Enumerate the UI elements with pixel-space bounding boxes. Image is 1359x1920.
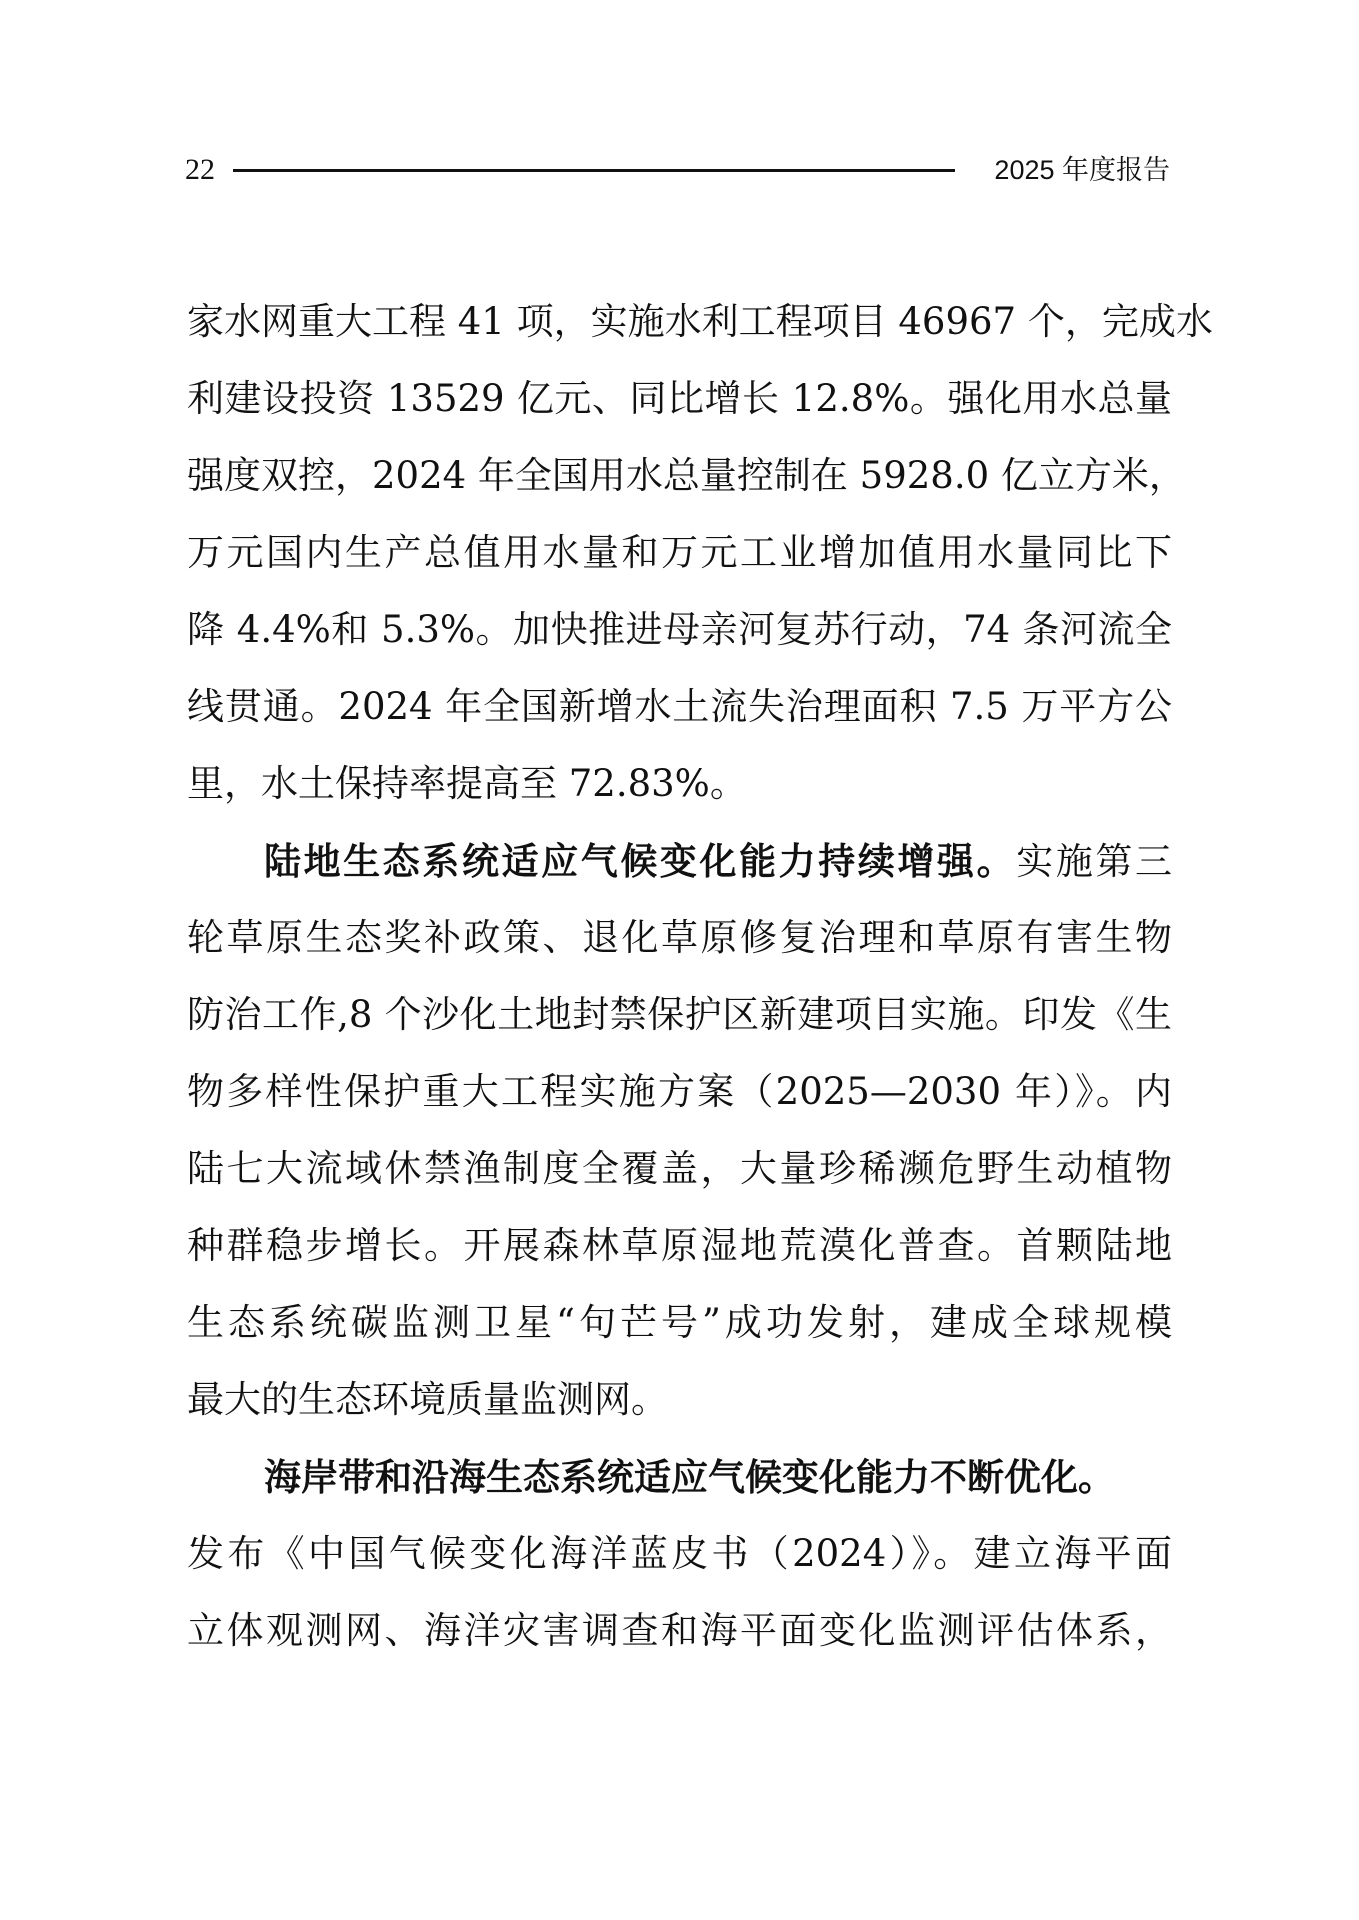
text-line: 万元国内生产总值用水量和万元工业增加值用水量同比下 (187, 521, 1172, 598)
text-line: 立体观测网、海洋灾害调查和海平面变化监测评估体系， (187, 1599, 1172, 1676)
text-line: 种群稳步增长。开展森林草原湿地荒漠化普查。首颗陆地 (187, 1214, 1172, 1291)
text-line: 里，水土保持率提高至 72.83%。 (187, 752, 1172, 829)
text-line: 降 4.4%和 5.3%。加快推进母亲河复苏行动，74 条河流全 (187, 598, 1172, 675)
text-line: 防治工作,8 个沙化土地封禁保护区新建项目实施。印发《生 (187, 983, 1172, 1060)
text-line: 轮草原生态奖补政策、退化草原修复治理和草原有害生物 (187, 906, 1172, 983)
text-line: 强度双控，2024 年全国用水总量控制在 5928.0 亿立方米， (187, 444, 1172, 521)
text-line: 家水网重大工程 41 项，实施水利工程项目 46967 个，完成水 (187, 290, 1172, 367)
text-line: 发布《中国气候变化海洋蓝皮书（2024）》。建立海平面 (187, 1522, 1172, 1599)
header-rule (233, 169, 955, 172)
page-number: 22 (185, 150, 215, 190)
paragraph-heading-line: 海岸带和沿海生态系统适应气候变化能力不断优化。 (187, 1445, 1172, 1522)
page-header: 22 2025 年度报告 (185, 150, 1170, 190)
text-line: 生态系统碳监测卫星“句芒号”成功发射，建成全球规模 (187, 1291, 1172, 1368)
report-title: 2025 年度报告 (994, 150, 1170, 190)
document-body: 家水网重大工程 41 项，实施水利工程项目 46967 个，完成水 利建设投资 … (187, 290, 1172, 1676)
paragraph-heading-line: 陆地生态系统适应气候变化能力持续增强。实施第三 (187, 829, 1172, 906)
text-run: 实施第三 (1016, 840, 1172, 883)
text-line: 线贯通。2024 年全国新增水土流失治理面积 7.5 万平方公 (187, 675, 1172, 752)
text-line: 物多样性保护重大工程实施方案（2025—2030 年）》。内 (187, 1060, 1172, 1137)
text-line: 利建设投资 13529 亿元、同比增长 12.8%。强化用水总量 (187, 367, 1172, 444)
text-line: 陆七大流域休禁渔制度全覆盖，大量珍稀濒危野生动植物 (187, 1137, 1172, 1214)
paragraph-heading: 海岸带和沿海生态系统适应气候变化能力不断优化。 (264, 1455, 1115, 1499)
text-line: 最大的生态环境质量监测网。 (187, 1368, 1172, 1445)
paragraph-heading: 陆地生态系统适应气候变化能力持续增强。 (264, 839, 1016, 883)
